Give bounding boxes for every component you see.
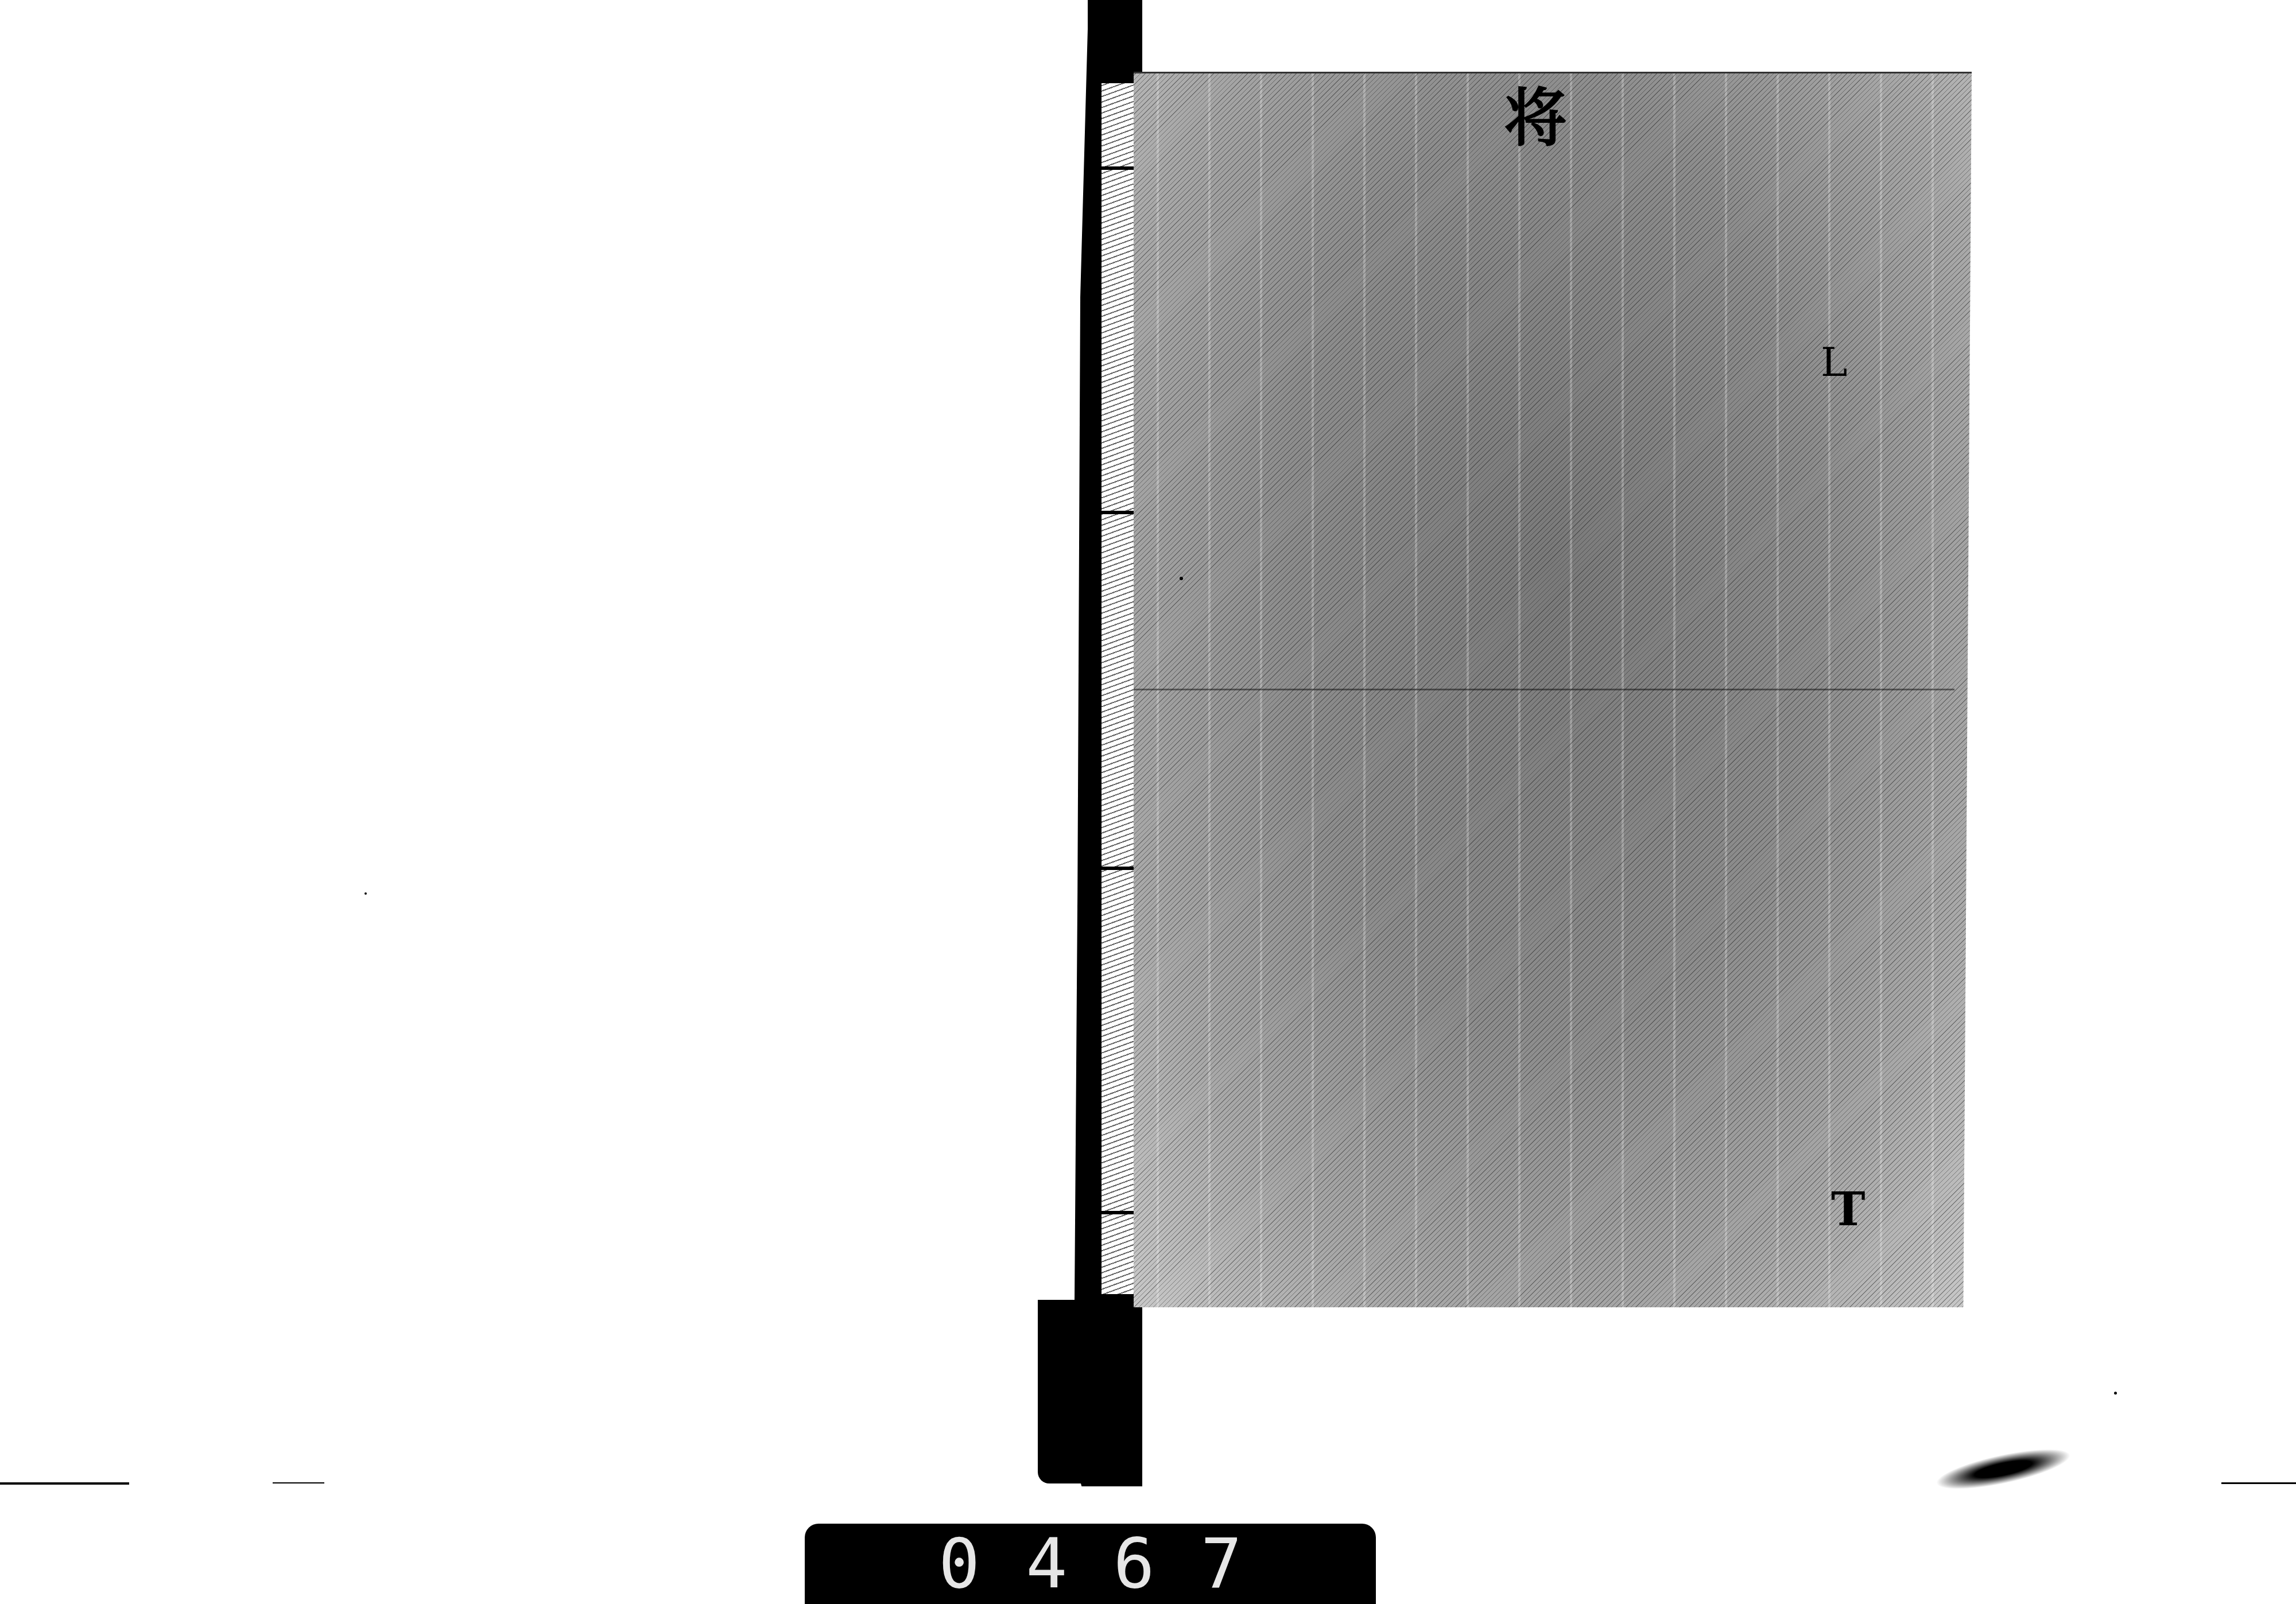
speck: [364, 892, 367, 895]
film-edge-rule: [0, 1482, 129, 1485]
speck: [1180, 577, 1183, 580]
bottom-mark: T: [1831, 1182, 1865, 1236]
film-edge-rule: [273, 1482, 324, 1483]
page-header-character: 将: [1504, 68, 1567, 158]
film-smudge: [1933, 1441, 2073, 1498]
page-fold-line: [1134, 689, 1954, 690]
film-edge-rule: [2221, 1482, 2296, 1484]
margin-mark: L: [1821, 339, 1847, 386]
book-spine-foot: [1038, 1300, 1118, 1483]
frame-number: 0467: [893, 1524, 1288, 1604]
speck: [2114, 1392, 2117, 1395]
frame-counter: 0467: [805, 1524, 1376, 1604]
